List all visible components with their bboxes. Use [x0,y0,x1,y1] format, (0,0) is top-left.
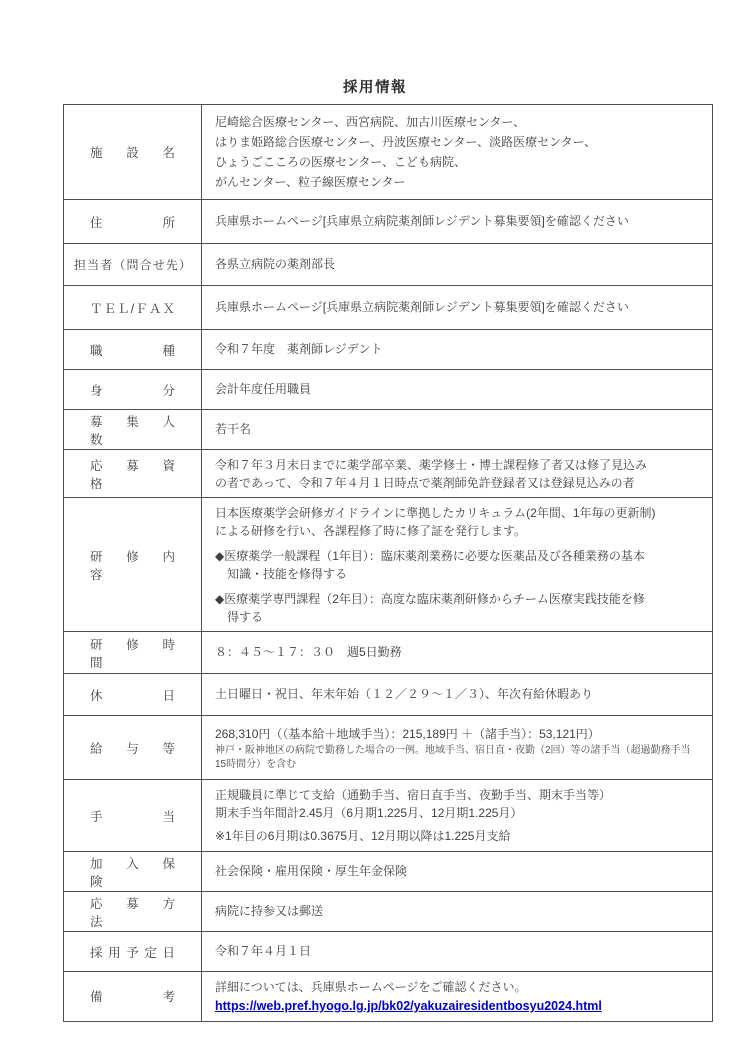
facility-line: ひょうごこころの医療センター、こども病院、 [215,152,702,172]
holidays-row: 休 日 土日曜日・祝日、年末年始（１２／２９～１／３）、年次有給休暇あり [64,674,713,716]
job-type-label: 職 種 [64,330,202,370]
qualifications-row: 応 募 資 格 令和７年３月末日までに薬学部卒業、薬学修士・博士課程修了者又は修… [64,450,713,498]
document-page: 採用情報 施 設 名 尼崎総合医療センター、西宮病院、加古川医療センター、 はり… [0,0,750,1059]
address-row: 住 所 兵庫県ホームページ[兵庫県立病院薬剤師レジデント募集要領]を確認ください [64,200,713,244]
training-hours-label: 研 修 時 間 [64,632,202,674]
training-bullet-line: 知識・技能を修得する [215,565,702,583]
qualifications-line: 令和７年３月末日までに薬学部卒業、薬学修士・博士課程修了者又は修了見込み [215,456,702,474]
remarks-text: 詳細については、兵庫県ホームページをご確認ください。 [215,977,702,997]
remarks-row: 備 考 詳細については、兵庫県ホームページをご確認ください。 https://w… [64,972,713,1022]
training-content-value: 日本医療薬学会研修ガイドラインに準拠したカリキュラム(2年間、1年毎の更新制) … [202,498,713,632]
salary-main: 268,310円（（基本給＋地域手当）：215,189円 ＋（諸手当）：53,1… [215,724,702,744]
training-bullet-line: ◆医療薬学専門課程（2年目）：高度な臨床薬剤研修からチーム医療実践技能を修 [215,590,702,608]
tel-fax-row: ＴＥＬ/ＦＡＸ 兵庫県ホームページ[兵庫県立病院薬剤師レジデント募集要領]を確認… [64,286,713,330]
insurance-row: 加 入 保 険 社会保険・雇用保険・厚生年金保険 [64,852,713,892]
application-method-row: 応 募 方 法 病院に持参又は郵送 [64,892,713,932]
allowances-line: 期末手当年間計2.45月（6月期1.225月、12月期1.225月） [215,804,702,822]
holidays-value: 土日曜日・祝日、年末年始（１２／２９～１／３）、年次有給休暇あり [202,674,713,716]
address-label: 住 所 [64,200,202,244]
contact-person-label: 担当者（問合せ先） [64,244,202,286]
qualifications-value: 令和７年３月末日までに薬学部卒業、薬学修士・博士課程修了者又は修了見込み の者で… [202,450,713,498]
facility-line: はりま姫路総合医療センター、丹波医療センター、淡路医療センター、 [215,132,702,152]
openings-label: 募 集 人 数 [64,410,202,450]
facility-line: がんセンター、粒子線医療センター [215,172,702,192]
training-intro-line: 日本医療薬学会研修ガイドラインに準拠したカリキュラム(2年間、1年毎の更新制) [215,504,702,522]
qualifications-line: の者であって、令和７年４月１日時点で薬剤師免許登録者又は登録見込みの者 [215,474,702,492]
holidays-label: 休 日 [64,674,202,716]
facility-name-value: 尼崎総合医療センター、西宮病院、加古川医療センター、 はりま姫路総合医療センター… [202,105,713,200]
training-content-label: 研 修 内 容 [64,498,202,632]
salary-note-line: 15時間分）を含む [215,758,702,772]
openings-value: 若干名 [202,410,713,450]
job-type-value: 令和７年度 薬剤師レジデント [202,330,713,370]
facility-name-label: 施 設 名 [64,105,202,200]
recruitment-info-table: 施 設 名 尼崎総合医療センター、西宮病院、加古川医療センター、 はりま姫路総合… [63,104,713,1022]
employment-status-row: 身 分 会計年度任用職員 [64,370,713,410]
salary-row: 給 与 等 268,310円（（基本給＋地域手当）：215,189円 ＋（諸手当… [64,716,713,780]
insurance-label: 加 入 保 険 [64,852,202,892]
employment-status-label: 身 分 [64,370,202,410]
facility-line: 尼崎総合医療センター、西宮病院、加古川医療センター、 [215,112,702,132]
allowances-note: ※1年目の6月期は0.3675月、12月期以降は1.225月支給 [215,827,702,845]
hyogo-website-link[interactable]: https://web.pref.hyogo.lg.jp/bk02/yakuza… [215,998,602,1015]
allowances-row: 手 当 正規職員に準じて支給（通勤手当、宿日直手当、夜勤手当、期末手当等） 期末… [64,780,713,852]
tel-fax-value: 兵庫県ホームページ[兵庫県立病院薬剤師レジデント募集要領]を確認ください [202,286,713,330]
application-method-label: 応 募 方 法 [64,892,202,932]
hire-date-row: 採用予定日 令和７年４月１日 [64,932,713,972]
tel-fax-label: ＴＥＬ/ＦＡＸ [64,286,202,330]
address-value: 兵庫県ホームページ[兵庫県立病院薬剤師レジデント募集要領]を確認ください [202,200,713,244]
salary-label: 給 与 等 [64,716,202,780]
contact-person-row: 担当者（問合せ先） 各県立病院の薬剤部長 [64,244,713,286]
allowances-value: 正規職員に準じて支給（通勤手当、宿日直手当、夜勤手当、期末手当等） 期末手当年間… [202,780,713,852]
training-hours-value: ８：４５～１７：３０ 週5日勤務 [202,632,713,674]
remarks-label: 備 考 [64,972,202,1022]
contact-person-value: 各県立病院の薬剤部長 [202,244,713,286]
salary-value: 268,310円（（基本給＋地域手当）：215,189円 ＋（諸手当）：53,1… [202,716,713,780]
training-content-row: 研 修 内 容 日本医療薬学会研修ガイドラインに準拠したカリキュラム(2年間、1… [64,498,713,632]
facility-name-row: 施 設 名 尼崎総合医療センター、西宮病院、加古川医療センター、 はりま姫路総合… [64,105,713,200]
application-method-value: 病院に持参又は郵送 [202,892,713,932]
insurance-value: 社会保険・雇用保険・厚生年金保険 [202,852,713,892]
allowances-line: 正規職員に準じて支給（通勤手当、宿日直手当、夜勤手当、期末手当等） [215,786,702,804]
remarks-value: 詳細については、兵庫県ホームページをご確認ください。 https://web.p… [202,972,713,1022]
hire-date-value: 令和７年４月１日 [202,932,713,972]
salary-note-line: 神戸・阪神地区の病院で勤務した場合の一例。地域手当、宿日直・夜勤（2回）等の諸手… [215,744,702,758]
job-type-row: 職 種 令和７年度 薬剤師レジデント [64,330,713,370]
page-title: 採用情報 [0,0,750,97]
training-bullet-line: 得する [215,608,702,626]
hire-date-label: 採用予定日 [64,932,202,972]
training-intro-line: による研修を行い、各課程修了時に修了証を発行します。 [215,522,702,540]
qualifications-label: 応 募 資 格 [64,450,202,498]
employment-status-value: 会計年度任用職員 [202,370,713,410]
training-bullet-line: ◆医療薬学一般課程（1年目）：臨床薬剤業務に必要な医薬品及び各種業務の基本 [215,547,702,565]
openings-row: 募 集 人 数 若干名 [64,410,713,450]
training-hours-row: 研 修 時 間 ８：４５～１７：３０ 週5日勤務 [64,632,713,674]
allowances-label: 手 当 [64,780,202,852]
